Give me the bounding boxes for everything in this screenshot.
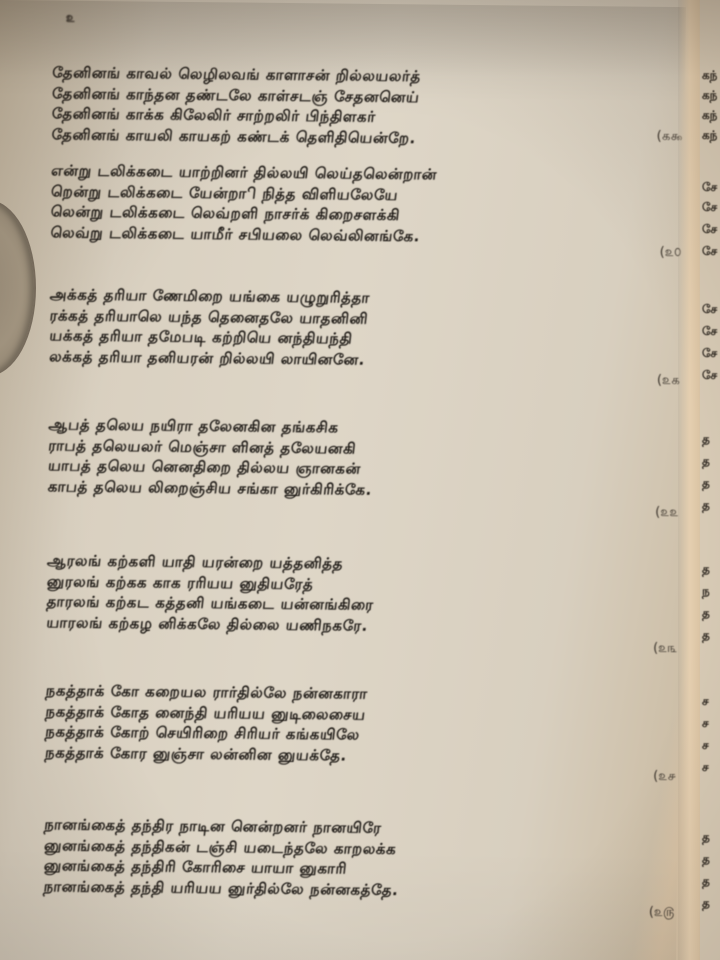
facing-text-fragment: த xyxy=(702,498,710,514)
facing-text-fragment: த xyxy=(702,852,710,868)
facing-text-fragment: சே xyxy=(702,368,717,384)
stanza-7: நானங்கைத் தந்திர நாடின னென்றனர் நானயிரே … xyxy=(43,814,664,902)
page-number-mark: ௨ xyxy=(66,11,75,27)
verse-number: (௨௫ xyxy=(649,905,675,921)
verse-number: (௨௨ xyxy=(655,505,679,521)
facing-text-fragment: சே xyxy=(702,324,717,340)
facing-text-fragment: சே xyxy=(702,346,717,362)
left-page: ௨ தேனினங் காவல் லெழிலவங் காளாசன் றில்லயல… xyxy=(0,0,686,960)
facing-text-fragment: சே xyxy=(702,244,717,260)
facing-text-fragment: சே xyxy=(702,200,717,216)
facing-text-fragment: கந் xyxy=(702,128,717,144)
facing-text-fragment: சே xyxy=(702,180,717,196)
stanza-3: அக்கத் தரியா ணேமிறை யங்கை யழுறுரித்தா ரக… xyxy=(48,285,669,373)
stanza-1: தேனினங் காவல் லெழிலவங் காளாசன் றில்லயலர்… xyxy=(50,63,671,151)
facing-text-fragment: த xyxy=(702,432,710,448)
facing-text-fragment: கந் xyxy=(702,88,717,104)
verse-number: (௨௧ xyxy=(657,373,680,389)
facing-text-fragment: ச xyxy=(702,760,709,776)
facing-text-fragment: த xyxy=(702,454,710,470)
stanza-6: நகத்தாக் கோ கறையல ரார்தில்லே நன்னகாரா நக… xyxy=(44,681,665,769)
stanza-2: என்று டலிக்கடை யாற்றினர் தில்லயி லெய்தலெ… xyxy=(49,161,670,249)
facing-text-fragment: த xyxy=(702,896,710,912)
facing-text-fragment: கந் xyxy=(702,108,717,124)
facing-text-fragment: சே xyxy=(702,222,717,238)
facing-text-fragment: கந் xyxy=(702,68,717,84)
facing-text-fragment: த xyxy=(702,874,710,890)
facing-text-fragment: ந xyxy=(702,584,710,600)
facing-page-edge: கந் கந் கந் கந் சே சே சே சே சே சே சே சே … xyxy=(700,0,720,960)
facing-text-fragment: த xyxy=(702,830,710,846)
facing-text-fragment: சே xyxy=(702,302,717,318)
facing-text-fragment: த xyxy=(702,628,710,644)
facing-text-fragment: ச xyxy=(702,738,709,754)
stanza-4: ஆபத் தலெய நயிரா தலேனகின தங்கசிக ராபத் தல… xyxy=(47,415,668,503)
facing-text-fragment: ச xyxy=(702,716,709,732)
book-page-photo: ௨ தேனினங் காவல் லெழிலவங் காளாசன் றில்லயல… xyxy=(0,0,720,960)
facing-text-fragment: ச xyxy=(702,694,709,710)
facing-text-fragment: த xyxy=(702,606,710,622)
facing-text-fragment: த xyxy=(702,476,710,492)
verse-number: (௨௩ xyxy=(653,641,677,657)
verse-number: (௨௪ xyxy=(653,769,676,785)
facing-text-fragment: த xyxy=(702,562,710,578)
stanza-5: ஆரலங் கற்களி யாதி யரன்றை யத்தனித்த னுரலங… xyxy=(45,551,666,639)
